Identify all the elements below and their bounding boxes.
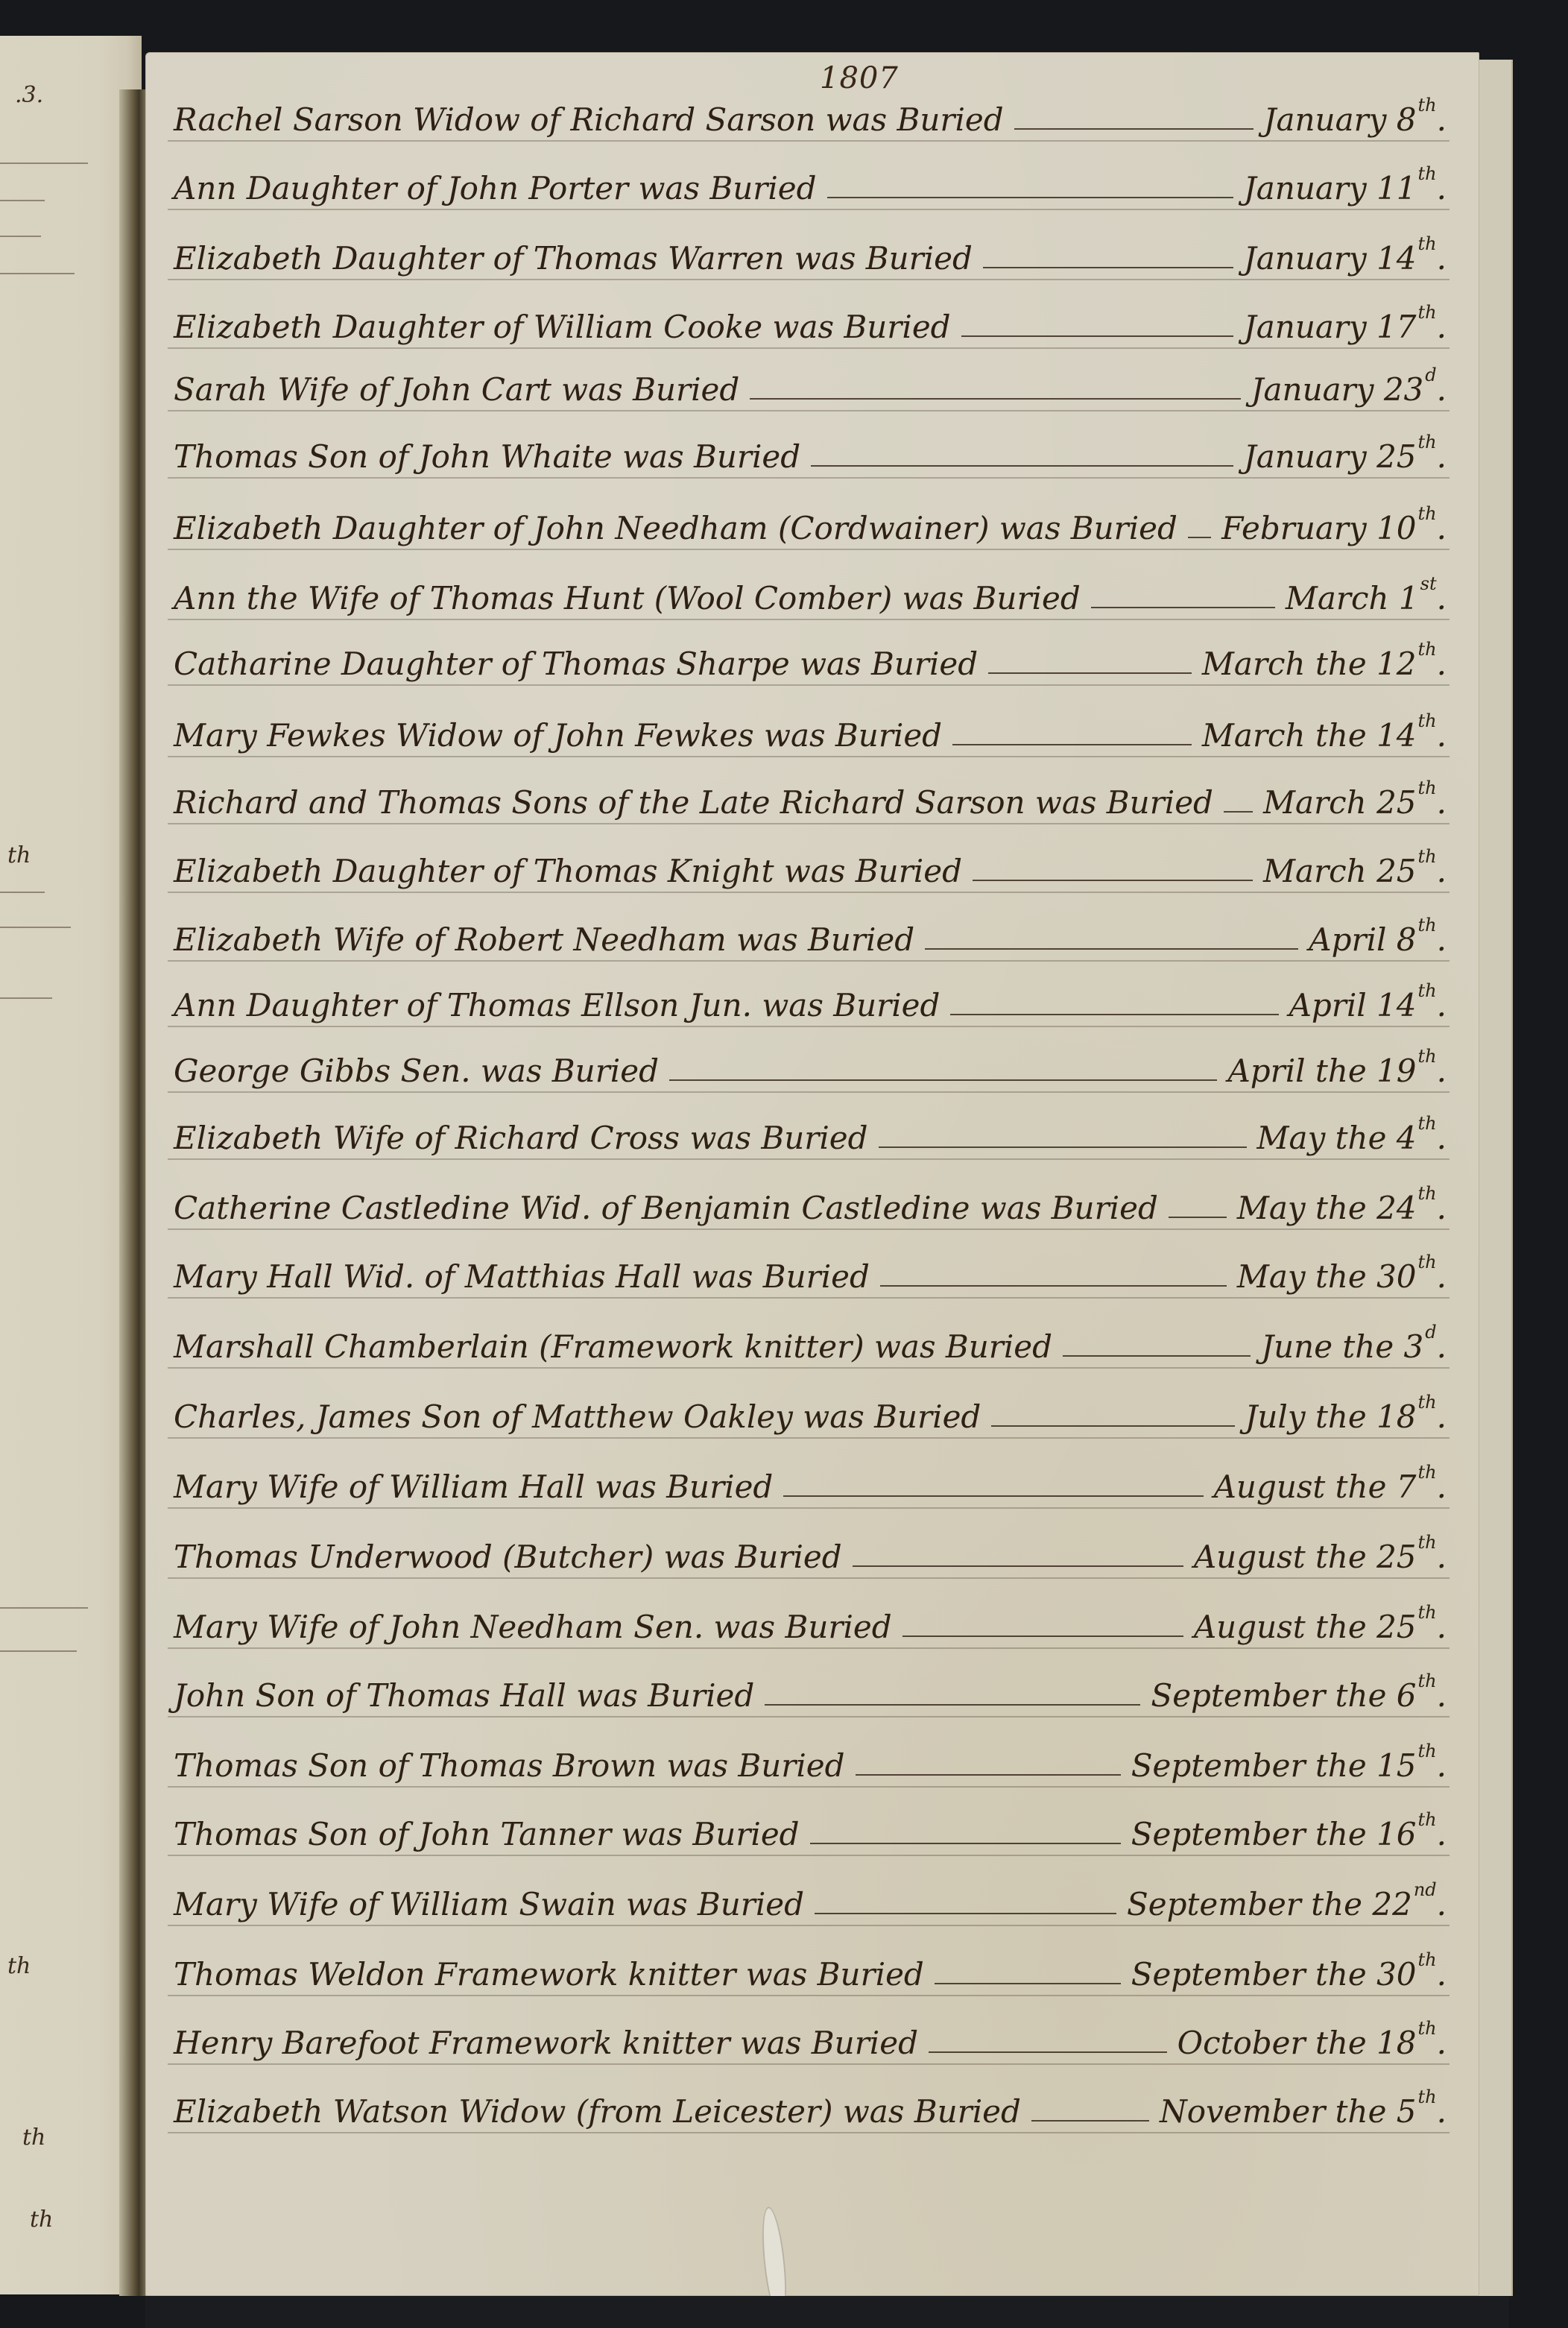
entry-leader-line xyxy=(902,1635,1183,1637)
entry-date-ordinal: th xyxy=(1418,302,1437,323)
entry-date-ordinal: th xyxy=(1418,95,1437,116)
burial-entry: Rachel Sarson Widow of Richard Sarson wa… xyxy=(168,81,1450,142)
entry-date: January 23d. xyxy=(1251,355,1450,410)
burial-entry: Marshall Chamberlain (Framework knitter)… xyxy=(168,1307,1450,1369)
entry-text: Ann Daughter of John Porter was Buried xyxy=(168,168,817,209)
entry-date: May the 24th. xyxy=(1237,1173,1450,1228)
entry-leader-line xyxy=(935,1983,1121,1984)
entry-leader-line xyxy=(1188,537,1211,538)
facing-page-text: .3. xyxy=(15,82,43,108)
entry-text: Elizabeth Daughter of Thomas Knight was … xyxy=(168,851,962,892)
burial-entry: Mary Wife of John Needham Sen. was Burie… xyxy=(168,1588,1450,1649)
entry-date-ordinal: th xyxy=(1418,432,1437,452)
entry-text: Thomas Son of John Whaite was Buried xyxy=(168,437,800,477)
entry-date: August the 25th. xyxy=(1194,1592,1450,1647)
entry-text: Elizabeth Daughter of William Cooke was … xyxy=(168,307,951,347)
burial-entry: Mary Wife of William Swain was BuriedSep… xyxy=(168,1865,1450,1926)
entry-leader-line xyxy=(1014,128,1254,130)
entry-date-value: January 25 xyxy=(1244,438,1417,475)
entry-date-ordinal: th xyxy=(1418,710,1437,731)
entry-text: Mary Wife of John Needham Sen. was Burie… xyxy=(168,1607,892,1647)
entry-date-value: January 23 xyxy=(1251,371,1424,408)
entry-leader-line xyxy=(853,1565,1183,1567)
burial-entry: Elizabeth Daughter of John Needham (Cord… xyxy=(168,489,1450,550)
entry-date: January 8th. xyxy=(1264,85,1450,140)
entry-leader-line xyxy=(1031,2120,1149,2122)
entry-date: January 11th. xyxy=(1244,154,1450,209)
entry-date-value: August the 25 xyxy=(1194,1539,1417,1575)
facing-page-rule xyxy=(0,163,88,164)
burial-entry: Mary Wife of William Hall was BuriedAugu… xyxy=(168,1448,1450,1509)
entry-date-ordinal: th xyxy=(1418,777,1437,798)
entry-date: June the 3d. xyxy=(1261,1312,1450,1367)
entry-date-ordinal: th xyxy=(1418,915,1437,936)
entry-date-value: March 1 xyxy=(1286,580,1419,616)
entry-leader-line xyxy=(961,335,1233,337)
burial-entry: Henry Barefoot Framework knitter was Bur… xyxy=(168,2004,1450,2065)
entry-leader-line xyxy=(952,744,1192,745)
burial-entry: Elizabeth Daughter of Thomas Knight was … xyxy=(168,832,1450,893)
entry-date: September the 15th. xyxy=(1131,1731,1450,1786)
entry-text: Thomas Underwood (Butcher) was Buried xyxy=(168,1537,842,1577)
entry-date-value: September the 6 xyxy=(1151,1677,1416,1714)
burial-entry: Thomas Underwood (Butcher) was BuriedAug… xyxy=(168,1518,1450,1579)
entry-leader-line xyxy=(1091,607,1275,608)
entry-date-value: June the 3 xyxy=(1261,1328,1423,1365)
facing-page-rule xyxy=(0,927,71,928)
burial-entry: Elizabeth Watson Widow (from Leicester) … xyxy=(168,2072,1450,2133)
entry-date: May the 4th. xyxy=(1257,1103,1450,1158)
entry-date-value: April the 19 xyxy=(1227,1053,1416,1089)
burial-entry: Thomas Son of Thomas Brown was BuriedSep… xyxy=(168,1726,1450,1788)
entry-text: John Son of Thomas Hall was Buried xyxy=(168,1676,754,1716)
entry-leader-line xyxy=(1169,1217,1227,1218)
burial-entry: Catherine Castledine Wid. of Benjamin Ca… xyxy=(168,1169,1450,1230)
entry-date-ordinal: th xyxy=(1418,1462,1437,1483)
burial-entry: Mary Hall Wid. of Matthias Hall was Buri… xyxy=(168,1237,1450,1299)
entry-date-value: August the 7 xyxy=(1214,1469,1417,1505)
entry-text: Catherine Castledine Wid. of Benjamin Ca… xyxy=(168,1188,1158,1228)
burial-entry: Elizabeth Wife of Robert Needham was Bur… xyxy=(168,900,1450,962)
entry-date-value: October the 18 xyxy=(1177,2025,1417,2061)
entry-date-value: January 8 xyxy=(1264,101,1417,138)
background-edge xyxy=(145,2296,1509,2328)
entry-leader-line xyxy=(929,2051,1167,2053)
entry-date: January 14th. xyxy=(1244,224,1450,279)
entry-date: April 14th. xyxy=(1289,971,1450,1026)
entry-text: Marshall Chamberlain (Framework knitter)… xyxy=(168,1327,1052,1367)
entry-date-value: March the 12 xyxy=(1202,646,1417,682)
entry-date: March 1st. xyxy=(1286,564,1450,619)
entry-text: Thomas Son of John Tanner was Buried xyxy=(168,1814,800,1855)
entry-date-ordinal: nd xyxy=(1414,1879,1437,1900)
burial-entry: Thomas Son of John Whaite was BuriedJanu… xyxy=(168,417,1450,479)
burial-entry: Richard and Thomas Sons of the Late Rich… xyxy=(168,763,1450,824)
entry-text: Thomas Son of Thomas Brown was Buried xyxy=(168,1746,845,1786)
entry-date-ordinal: th xyxy=(1418,503,1437,524)
entry-date-ordinal: d xyxy=(1425,1322,1436,1343)
entry-text: Mary Wife of William Hall was Buried xyxy=(168,1467,773,1507)
entry-date-ordinal: th xyxy=(1418,1046,1437,1067)
entry-leader-line xyxy=(879,1146,1247,1148)
entry-date: September the 16th. xyxy=(1131,1799,1450,1855)
entry-date-value: April 14 xyxy=(1289,987,1417,1023)
entry-leader-line xyxy=(750,398,1240,400)
entry-date-ordinal: th xyxy=(1418,1741,1437,1761)
entry-text: Rachel Sarson Widow of Richard Sarson wa… xyxy=(168,100,1004,140)
entry-leader-line xyxy=(1063,1355,1251,1357)
entry-date-value: September the 30 xyxy=(1131,1956,1417,1993)
facing-page-rule xyxy=(0,200,45,201)
entry-leader-line xyxy=(810,1843,1121,1844)
entry-date: August the 7th. xyxy=(1214,1452,1450,1507)
entry-date: September the 30th. xyxy=(1131,1940,1450,1995)
burial-entry: Thomas Son of John Tanner was BuriedSept… xyxy=(168,1795,1450,1856)
entry-date-ordinal: th xyxy=(1418,1392,1437,1413)
entry-date: May the 30th. xyxy=(1237,1242,1450,1297)
entry-date-value: July the 18 xyxy=(1245,1398,1417,1435)
entry-leader-line xyxy=(983,267,1233,268)
entry-text: Mary Wife of William Swain was Buried xyxy=(168,1884,804,1925)
entry-date: November the 5th. xyxy=(1160,2077,1450,2132)
entry-text: Catharine Daughter of Thomas Sharpe was … xyxy=(168,644,978,684)
entry-date-value: March 25 xyxy=(1263,853,1417,889)
entry-text: Ann the Wife of Thomas Hunt (Wool Comber… xyxy=(168,578,1081,619)
burial-entry: Ann the Wife of Thomas Hunt (Wool Comber… xyxy=(168,559,1450,620)
burial-entry: Elizabeth Daughter of Thomas Warren was … xyxy=(168,219,1450,280)
entry-date-value: November the 5 xyxy=(1160,2093,1416,2130)
entry-date-ordinal: th xyxy=(1418,1949,1437,1970)
entry-leader-line xyxy=(988,672,1192,674)
burial-entry: John Son of Thomas Hall was BuriedSeptem… xyxy=(168,1656,1450,1717)
entry-date-ordinal: th xyxy=(1418,1809,1437,1830)
entry-date: March 25th. xyxy=(1263,768,1450,823)
entry-date-ordinal: th xyxy=(1418,1252,1437,1272)
burial-entry: Ann Daughter of Thomas Ellson Jun. was B… xyxy=(168,966,1450,1027)
entry-text: Mary Fewkes Widow of John Fewkes was Bur… xyxy=(168,716,942,756)
entry-date-ordinal: th xyxy=(1418,2086,1437,2107)
burial-entry: George Gibbs Sen. was BuriedApril the 19… xyxy=(168,1032,1450,1093)
entry-date-value: September the 15 xyxy=(1131,1747,1417,1784)
entry-date-ordinal: th xyxy=(1418,1532,1437,1553)
entry-date-value: January 14 xyxy=(1244,240,1417,277)
entry-date-value: January 17 xyxy=(1244,309,1417,345)
entry-date-ordinal: th xyxy=(1418,639,1437,660)
facing-page-text: th xyxy=(7,1953,31,1979)
entry-date-ordinal: th xyxy=(1418,2018,1437,2039)
entry-date-value: May the 30 xyxy=(1237,1258,1417,1295)
entry-text: Thomas Weldon Framework knitter was Buri… xyxy=(168,1955,924,1995)
entry-date-value: March the 14 xyxy=(1202,717,1417,754)
entry-date-ordinal: th xyxy=(1418,233,1437,254)
facing-page-rule xyxy=(0,236,41,237)
entry-leader-line xyxy=(856,1774,1121,1776)
entry-leader-line xyxy=(815,1913,1116,1914)
entry-leader-line xyxy=(1224,811,1253,813)
entry-text: Sarah Wife of John Cart was Buried xyxy=(168,370,739,410)
facing-page-rule xyxy=(0,1650,77,1652)
entry-text: Mary Hall Wid. of Matthias Hall was Buri… xyxy=(168,1257,870,1297)
entry-date-ordinal: th xyxy=(1418,1113,1437,1134)
entry-date: April the 19th. xyxy=(1227,1036,1450,1091)
entry-date-value: February 10 xyxy=(1221,510,1416,546)
facing-page-text: th xyxy=(7,842,31,868)
entry-date-value: May the 24 xyxy=(1237,1190,1417,1226)
burial-entry: Elizabeth Wife of Richard Cross was Buri… xyxy=(168,1099,1450,1160)
entry-leader-line xyxy=(991,1425,1234,1427)
entry-text: Charles, James Son of Matthew Oakley was… xyxy=(168,1397,981,1437)
entry-date-ordinal: th xyxy=(1418,980,1437,1001)
entry-leader-line xyxy=(765,1704,1140,1706)
entry-leader-line xyxy=(669,1079,1217,1081)
burial-entry: Catharine Daughter of Thomas Sharpe was … xyxy=(168,625,1450,686)
facing-page-rule xyxy=(0,997,52,999)
entry-date-ordinal: th xyxy=(1418,1183,1437,1204)
entry-date: October the 18th. xyxy=(1177,2008,1450,2063)
burial-entry: Charles, James Son of Matthew Oakley was… xyxy=(168,1378,1450,1439)
entry-leader-line xyxy=(973,880,1253,881)
facing-page-text: th xyxy=(30,2206,53,2233)
entry-leader-line xyxy=(827,197,1233,198)
entry-leader-line xyxy=(783,1495,1203,1497)
facing-page-rule xyxy=(0,892,45,893)
entry-text: Ann Daughter of Thomas Ellson Jun. was B… xyxy=(168,985,940,1026)
entry-date-ordinal: st xyxy=(1420,573,1437,594)
entry-date-value: March 25 xyxy=(1263,784,1417,821)
entry-date: April 8th. xyxy=(1309,905,1450,960)
entry-text: Elizabeth Daughter of John Needham (Cord… xyxy=(168,508,1177,549)
entry-date: August the 25th. xyxy=(1194,1522,1450,1577)
entry-date: February 10th. xyxy=(1221,493,1450,549)
entry-text: Elizabeth Wife of Richard Cross was Buri… xyxy=(168,1118,868,1158)
entry-text: Elizabeth Daughter of Thomas Warren was … xyxy=(168,239,973,279)
burial-entry: Sarah Wife of John Cart was BuriedJanuar… xyxy=(168,350,1450,411)
facing-page-text: th xyxy=(22,2124,45,2151)
entry-date-value: September the 22 xyxy=(1127,1886,1412,1922)
entry-date: March 25th. xyxy=(1263,836,1450,892)
entry-text: Richard and Thomas Sons of the Late Rich… xyxy=(168,783,1213,823)
burial-entries-list: Rachel Sarson Widow of Richard Sarson wa… xyxy=(145,52,1479,2296)
entry-date: September the 22nd. xyxy=(1127,1870,1450,1925)
entry-date: July the 18th. xyxy=(1245,1382,1450,1437)
entry-leader-line xyxy=(811,465,1233,467)
register-page: 1807 Rachel Sarson Widow of Richard Sars… xyxy=(145,52,1479,2296)
entry-date: January 17th. xyxy=(1244,292,1450,347)
entry-date-ordinal: th xyxy=(1418,846,1437,867)
facing-page-rule xyxy=(0,273,75,274)
entry-text: Elizabeth Watson Widow (from Leicester) … xyxy=(168,2092,1021,2132)
entry-text: Henry Barefoot Framework knitter was Bur… xyxy=(168,2023,918,2063)
entry-text: Elizabeth Wife of Robert Needham was Bur… xyxy=(168,920,914,960)
entry-date-value: January 11 xyxy=(1244,170,1417,206)
entry-leader-line xyxy=(880,1285,1227,1287)
entry-date: March the 14th. xyxy=(1202,701,1450,756)
entry-leader-line xyxy=(925,948,1298,950)
entry-date-ordinal: th xyxy=(1418,1671,1437,1691)
entry-date-ordinal: th xyxy=(1418,1602,1437,1623)
entry-date: January 25th. xyxy=(1244,422,1450,477)
entry-date-value: September the 16 xyxy=(1131,1816,1417,1852)
burial-entry: Ann Daughter of John Porter was BuriedJa… xyxy=(168,149,1450,210)
entry-date-value: May the 4 xyxy=(1257,1120,1417,1156)
entry-leader-line xyxy=(950,1014,1278,1015)
entry-date: September the 6th. xyxy=(1151,1661,1450,1716)
entry-date-value: April 8 xyxy=(1309,921,1416,958)
burial-entry: Thomas Weldon Framework knitter was Buri… xyxy=(168,1935,1450,1996)
burial-entry: Elizabeth Daughter of William Cooke was … xyxy=(168,288,1450,349)
entry-date-value: August the 25 xyxy=(1194,1609,1417,1645)
facing-page-rule xyxy=(0,1607,88,1609)
entry-text: George Gibbs Sen. was Buried xyxy=(168,1051,659,1091)
entry-date-ordinal: d xyxy=(1425,365,1436,385)
entry-date: March the 12th. xyxy=(1202,629,1450,684)
burial-entry: Mary Fewkes Widow of John Fewkes was Bur… xyxy=(168,696,1450,757)
entry-date-ordinal: th xyxy=(1418,163,1437,184)
